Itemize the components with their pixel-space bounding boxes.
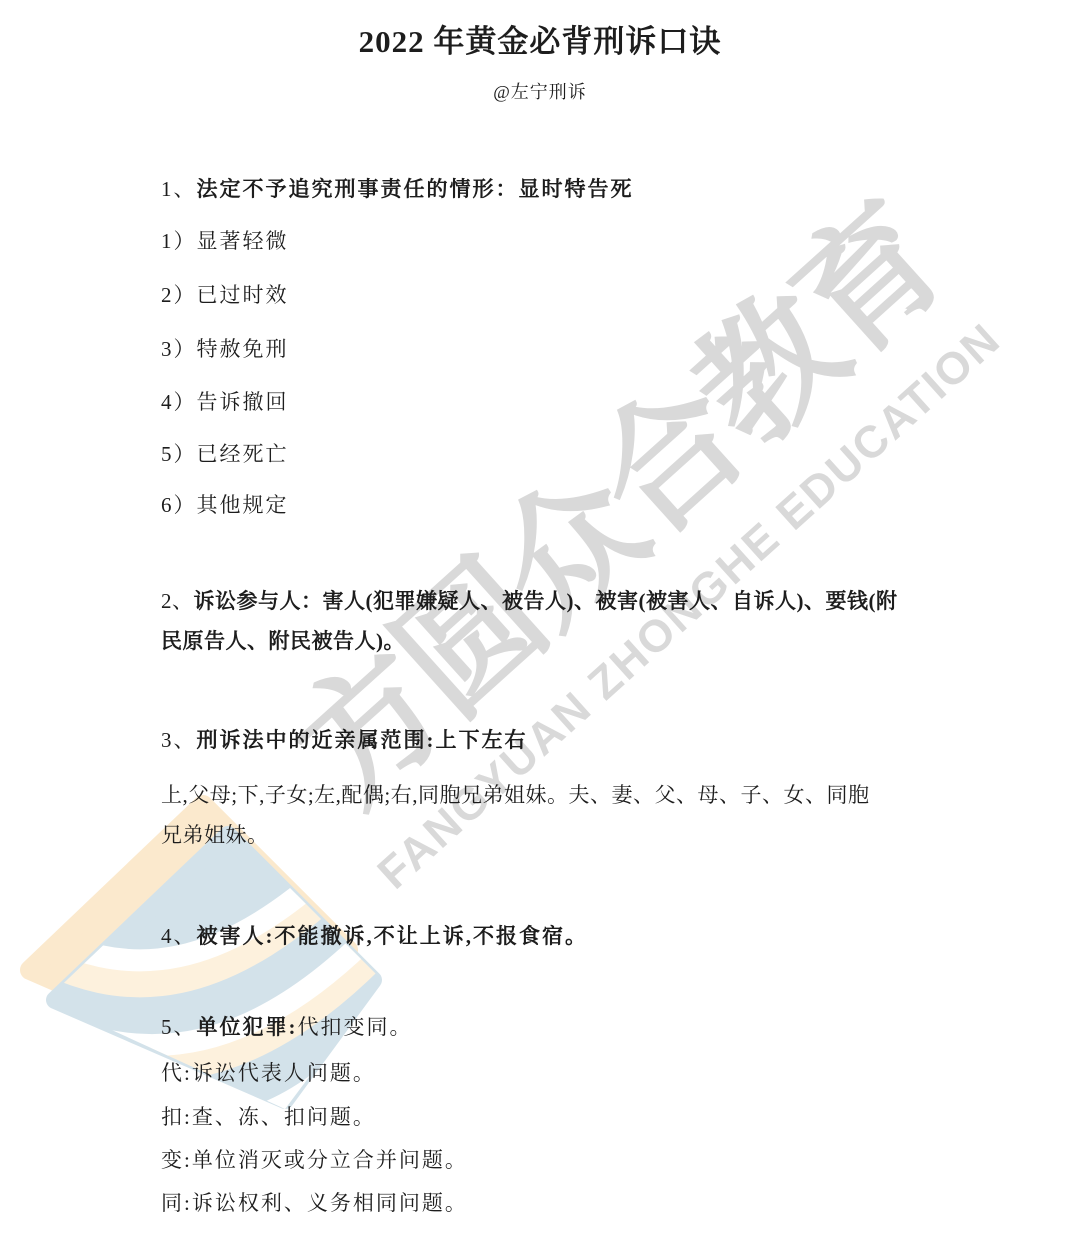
section-5-heading-tail: 代扣变同。	[298, 1015, 413, 1039]
section-3-line-1: 上,父母;下,子女;左,配偶;右,同胞兄弟姐妹。夫、妻、父、母、子、女、同胞	[161, 782, 870, 809]
section-3-heading-text: 刑诉法中的近亲属范围:上下左右	[197, 728, 528, 752]
section-3-line-2: 兄弟姐妹。	[161, 822, 269, 849]
list-item: 1）显著轻微	[161, 228, 289, 255]
section-5-number: 5、	[161, 1015, 197, 1039]
document-page: 方圆众合教育 FANGYUAN ZHONGHE EDUCATION 2022 年…	[0, 0, 1080, 1245]
list-item: 扣:查、冻、扣问题。	[161, 1104, 376, 1131]
section-2-line-1: 2、诉讼参与人：害人(犯罪嫌疑人、被告人)、被害(被害人、自诉人)、要钱(附	[161, 588, 897, 615]
list-item: 5）已经死亡	[161, 441, 289, 468]
author-byline: @左宁刑诉	[0, 78, 1080, 104]
section-4-number: 4、	[161, 924, 197, 948]
section-1-number: 1、	[161, 177, 197, 201]
list-item: 6）其他规定	[161, 492, 289, 519]
section-2-text: 诉讼参与人：害人(犯罪嫌疑人、被告人)、被害(被害人、自诉人)、要钱(附	[194, 589, 898, 613]
section-4-heading-text: 被害人:不能撤诉,不让上诉,不报食宿。	[197, 924, 589, 948]
section-3-heading: 3、刑诉法中的近亲属范围:上下左右	[161, 727, 528, 754]
list-item: 变:单位消灭或分立合并问题。	[161, 1147, 468, 1174]
section-5-heading-text: 单位犯罪:	[197, 1015, 298, 1039]
section-2-number: 2、	[161, 589, 194, 613]
list-item: 2）已过时效	[161, 282, 289, 309]
list-item: 代:诉讼代表人问题。	[161, 1060, 376, 1087]
section-1-heading-text: 法定不予追究刑事责任的情形：显时特告死	[197, 177, 634, 201]
list-item: 4）告诉撤回	[161, 389, 289, 416]
list-item: 同:诉讼权利、义务相同问题。	[161, 1190, 468, 1217]
section-4-heading: 4、被害人:不能撤诉,不让上诉,不报食宿。	[161, 923, 588, 950]
section-2-line-2: 民原告人、附民被告人)。	[161, 628, 405, 655]
section-3-number: 3、	[161, 728, 197, 752]
list-item: 3）特赦免刑	[161, 336, 289, 363]
section-1-heading: 1、法定不予追究刑事责任的情形：显时特告死	[161, 176, 634, 203]
document-title: 2022 年黄金必背刑诉口诀	[0, 16, 1080, 61]
section-5-heading: 5、单位犯罪:代扣变同。	[161, 1014, 413, 1041]
